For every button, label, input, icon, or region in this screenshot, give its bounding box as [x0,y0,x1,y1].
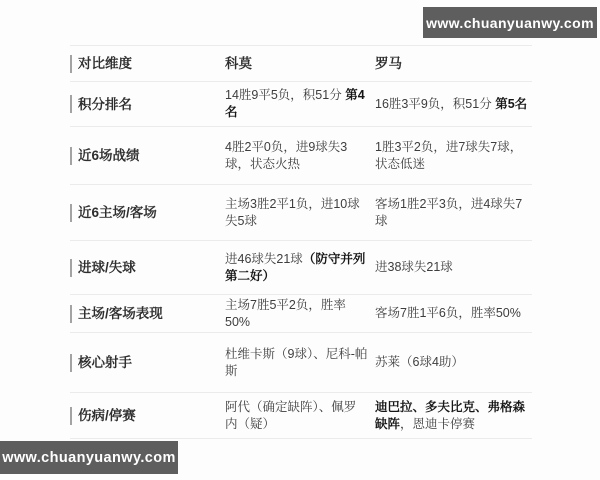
watermark-top: www.chuanyuanwy.com [423,7,597,38]
como-cell-text: 4胜2平0负，进9球失3球，状态火热 [225,139,368,173]
watermark-bottom-text: www.chuanyuanwy.com [2,450,176,466]
header-dimension-label: 对比维度 [78,55,132,72]
header-cell-como: 科莫 [218,46,368,81]
table-row-last6-home-away: 近6主场/客场 主场3胜2平1负，进10球失5球 客场1胜2平3负，进4球失7球 [70,185,532,241]
header-como-label: 科莫 [225,55,252,72]
como-cell: 进46球失21球（防守并列第二好） [218,241,368,294]
como-cell-text: 阿代（确定缺阵）、佩罗内（疑） [225,399,368,433]
row-label: 核心射手 [70,333,218,392]
como-cell: 主场3胜2平1负，进10球失5球 [218,185,368,240]
como-cell-text: 杜维卡斯（9球）、尼科-帕斯 [225,346,368,380]
roma-cell: 客场7胜1平6负，胜率50% [368,295,532,332]
table-row-key-scorers: 核心射手 杜维卡斯（9球）、尼科-帕斯 苏莱（6球4助） [70,333,532,393]
como-cell: 4胜2平0负，进9球失3球，状态火热 [218,127,368,184]
como-cell: 阿代（确定缺阵）、佩罗内（疑） [218,393,368,438]
row-label-text: 进球/失球 [78,259,136,276]
como-cell-text: 主场7胜5平2负，胜率50% [225,297,368,331]
table-row-goals: 进球/失球 进46球失21球（防守并列第二好） 进38球失21球 [70,241,532,295]
como-cell: 杜维卡斯（9球）、尼科-帕斯 [218,333,368,392]
como-cell-text: 主场3胜2平1负，进10球失5球 [225,196,368,230]
page: www.chuanyuanwy.com 对比维度 科莫 罗马 积分排名 14胜9… [0,0,600,480]
como-cell: 14胜9平5负，积51分 第4名 [218,82,368,126]
row-label: 伤病/停赛 [70,393,218,438]
roma-cell-text: 苏莱（6球4助） [375,354,464,371]
row-label-text: 近6主场/客场 [78,204,157,221]
roma-cell: 进38球失21球 [368,241,532,294]
table-row-injuries-suspensions: 伤病/停赛 阿代（确定缺阵）、佩罗内（疑） 迪巴拉、多夫比克、弗格森缺阵，恩迪卡… [70,393,532,439]
roma-cell: 苏莱（6球4助） [368,333,532,392]
roma-cell-text: 16胜3平9负，积51分 第5名 [375,96,527,113]
table-row-home-away-performance: 主场/客场表现 主场7胜5平2负，胜率50% 客场7胜1平6负，胜率50% [70,295,532,333]
watermark-top-text: www.chuanyuanwy.com [426,15,594,31]
como-cell-text: 进46球失21球（防守并列第二好） [225,251,368,285]
row-label-text: 伤病/停赛 [78,407,136,424]
como-cell-text: 14胜9平5负，积51分 第4名 [225,87,368,121]
row-label-text: 近6场战绩 [78,147,140,164]
watermark-bottom: www.chuanyuanwy.com [0,441,178,474]
table-row-points-ranking: 积分排名 14胜9平5负，积51分 第4名 16胜3平9负，积51分 第5名 [70,82,532,127]
row-label-text: 积分排名 [78,96,132,113]
roma-cell: 客场1胜2平3负，进4球失7球 [368,185,532,240]
roma-cell: 迪巴拉、多夫比克、弗格森缺阵，恩迪卡停赛 [368,393,532,438]
roma-cell-text: 迪巴拉、多夫比克、弗格森缺阵，恩迪卡停赛 [375,399,530,433]
roma-cell-text: 1胜3平2负，进7球失7球，状态低迷 [375,139,530,173]
roma-cell-text: 客场7胜1平6负，胜率50% [375,305,521,322]
row-label: 近6主场/客场 [70,185,218,240]
table-header-row: 对比维度 科莫 罗马 [70,46,532,82]
table-row-last6-record: 近6场战绩 4胜2平0负，进9球失3球，状态火热 1胜3平2负，进7球失7球，状… [70,127,532,185]
comparison-table: 对比维度 科莫 罗马 积分排名 14胜9平5负，积51分 第4名 16胜3平9负… [70,45,532,439]
roma-cell: 1胜3平2负，进7球失7球，状态低迷 [368,127,532,184]
roma-cell-text: 进38球失21球 [375,259,453,276]
roma-cell-text: 客场1胜2平3负，进4球失7球 [375,196,530,230]
como-cell: 主场7胜5平2负，胜率50% [218,295,368,332]
row-label: 积分排名 [70,82,218,126]
row-label: 主场/客场表现 [70,295,218,332]
roma-cell: 16胜3平9负，积51分 第5名 [368,82,532,126]
header-cell-roma: 罗马 [368,46,532,81]
header-cell-dimension: 对比维度 [70,46,218,81]
row-label: 近6场战绩 [70,127,218,184]
row-label-text: 核心射手 [78,354,132,371]
header-roma-label: 罗马 [375,55,402,72]
row-label-text: 主场/客场表现 [78,305,163,322]
row-label: 进球/失球 [70,241,218,294]
